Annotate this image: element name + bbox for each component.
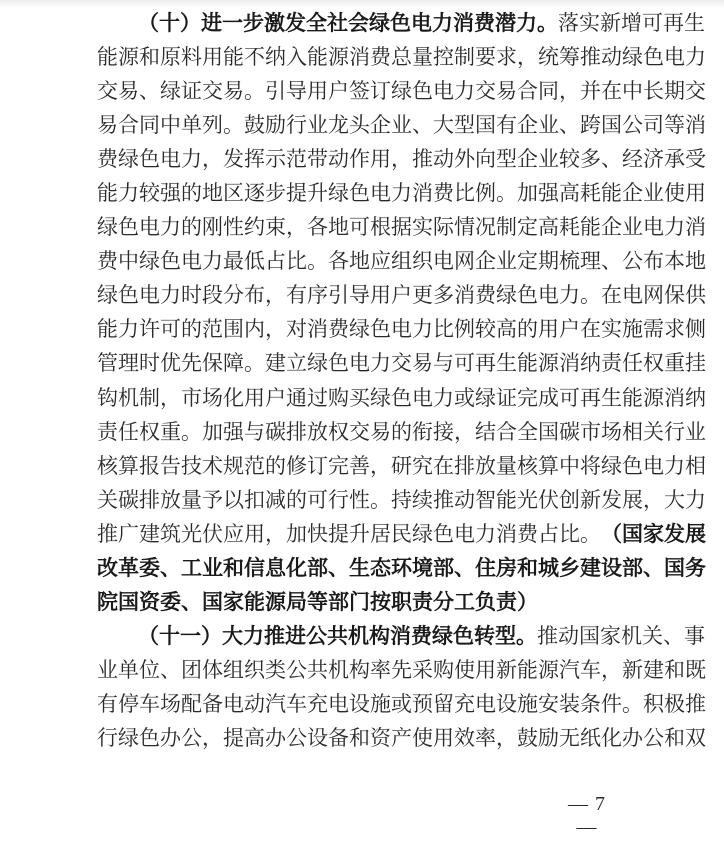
- paragraph-line: 能源和原料用能不纳入能源消费总量控制要求，统筹推动绿色电力: [97, 40, 623, 74]
- paragraph-line: （十）进一步激发全社会绿色电力消费潜力。 落实新增可再生: [97, 6, 623, 40]
- responsible-departments-start: （国家发展: [601, 517, 706, 551]
- paragraph-line: 费绿色电力，发挥示范带动作用，推动外向型企业较多、经济承受: [97, 142, 623, 176]
- paragraph-line: 责任权重。加强与碳排放权交易的衔接，结合全国碳市场相关行业: [97, 415, 623, 449]
- paragraph-line: 能力较强的地区逐步提升绿色电力消费比例。加强高耗能企业使用: [97, 176, 623, 210]
- paragraph-line: 易合同中单列。鼓励行业龙头企业、大型国有企业、跨国公司等消: [97, 108, 623, 142]
- responsible-departments-end: 院国资委、国家能源局等部门按职责分工负责）: [97, 585, 538, 619]
- line-text: 行绿色办公，提高办公设备和资产使用效率，鼓励无纸化办公和双: [97, 721, 623, 755]
- line-text: 费绿色电力，发挥示范带动作用，推动外向型企业较多、经济承受: [97, 142, 623, 176]
- line-text: 能力许可的范围内，对消费绿色电力比例较高的用户在实施需求侧: [97, 312, 623, 346]
- paragraph-line: 绿色电力的刚性约束，各地可根据实际情况制定高耗能企业电力消: [97, 210, 623, 244]
- paragraph-line: 绿色电力时段分布，有序引导用户更多消费绿色电力。在电网保供: [97, 278, 623, 312]
- paragraph-line: 院国资委、国家能源局等部门按职责分工负责）: [97, 585, 623, 619]
- line-text: 能源和原料用能不纳入能源消费总量控制要求，统筹推动绿色电力: [97, 40, 623, 74]
- responsible-departments: 改革委、工业和信息化部、生态环境部、住房和城乡建设部、国务: [97, 551, 623, 585]
- line-text: 责任权重。加强与碳排放权交易的衔接，结合全国碳市场相关行业: [97, 415, 623, 449]
- line-text: 绿色电力的刚性约束，各地可根据实际情况制定高耗能企业电力消: [97, 210, 623, 244]
- paragraph-line: 交易、绿证交易。引导用户签订绿色电力交易合同，并在中长期交: [97, 74, 623, 108]
- paragraph-line: 业单位、团体组织类公共机构率先采购使用新能源汽车，新建和既: [97, 653, 623, 687]
- section-11-paragraph: （十一）大力推进公共机构消费绿色转型。 推动国家机关、事 业单位、团体组织类公共…: [97, 619, 627, 755]
- paragraph-line: 有停车场配备电动汽车充电设施或预留充电设施安装条件。积极推: [97, 687, 623, 721]
- section-11-heading: （十一）大力推进公共机构消费绿色转型。: [138, 619, 537, 653]
- line-text: 能力较强的地区逐步提升绿色电力消费比例。加强高耗能企业使用: [97, 176, 623, 210]
- line-text: 交易、绿证交易。引导用户签订绿色电力交易合同，并在中长期交: [97, 74, 623, 108]
- line-text: 落实新增可再生: [558, 6, 705, 40]
- line-text: 管理时优先保障。建立绿色电力交易与可再生能源消纳责任权重挂: [97, 346, 623, 380]
- paragraph-line: 管理时优先保障。建立绿色电力交易与可再生能源消纳责任权重挂: [97, 346, 623, 380]
- line-text: 费中绿色电力最低占比。各地应组织电网企业定期梳理、公布本地: [97, 244, 623, 278]
- page-number: — 7 —: [555, 793, 619, 839]
- paragraph-line: 钩机制，市场化用户通过购买绿色电力或绿证完成可再生能源消纳: [97, 381, 623, 415]
- paragraph-line: （十一）大力推进公共机构消费绿色转型。 推动国家机关、事: [97, 619, 623, 653]
- line-text: 绿色电力时段分布，有序引导用户更多消费绿色电力。在电网保供: [97, 278, 623, 312]
- paragraph-line: 核算报告技术规范的修订完善，研究在排放量核算中将绿色电力相: [97, 449, 623, 483]
- section-10-heading: （十）进一步激发全社会绿色电力消费潜力。: [138, 6, 558, 40]
- paragraph-line: 能力许可的范围内，对消费绿色电力比例较高的用户在实施需求侧: [97, 312, 623, 346]
- paragraph-line: 行绿色办公，提高办公设备和资产使用效率，鼓励无纸化办公和双: [97, 721, 623, 755]
- paragraph-line: 改革委、工业和信息化部、生态环境部、住房和城乡建设部、国务: [97, 551, 623, 585]
- paragraph-line: 费中绿色电力最低占比。各地应组织电网企业定期梳理、公布本地: [97, 244, 623, 278]
- line-text: 业单位、团体组织类公共机构率先采购使用新能源汽车，新建和既: [97, 653, 623, 687]
- line-text: 关碳排放量予以扣减的可行性。持续推动智能光伏创新发展，大力: [97, 483, 623, 517]
- line-text: 易合同中单列。鼓励行业龙头企业、大型国有企业、跨国公司等消: [97, 108, 623, 142]
- line-text: 有停车场配备电动汽车充电设施或预留充电设施安装条件。积极推: [97, 687, 623, 721]
- document-page: （十）进一步激发全社会绿色电力消费潜力。 落实新增可再生 能源和原料用能不纳入能…: [97, 6, 627, 755]
- line-text: 钩机制，市场化用户通过购买绿色电力或绿证完成可再生能源消纳: [97, 381, 623, 415]
- line-text: 核算报告技术规范的修订完善，研究在排放量核算中将绿色电力相: [97, 449, 623, 483]
- line-text: 推动国家机关、事: [537, 619, 705, 653]
- paragraph-line: 推广建筑光伏应用，加快提升居民绿色电力消费占比。 （国家发展: [97, 517, 623, 551]
- line-text: 推广建筑光伏应用，加快提升居民绿色电力消费占比。: [97, 517, 601, 551]
- paragraph-line: 关碳排放量予以扣减的可行性。持续推动智能光伏创新发展，大力: [97, 483, 623, 517]
- section-10-paragraph: （十）进一步激发全社会绿色电力消费潜力。 落实新增可再生 能源和原料用能不纳入能…: [97, 6, 627, 619]
